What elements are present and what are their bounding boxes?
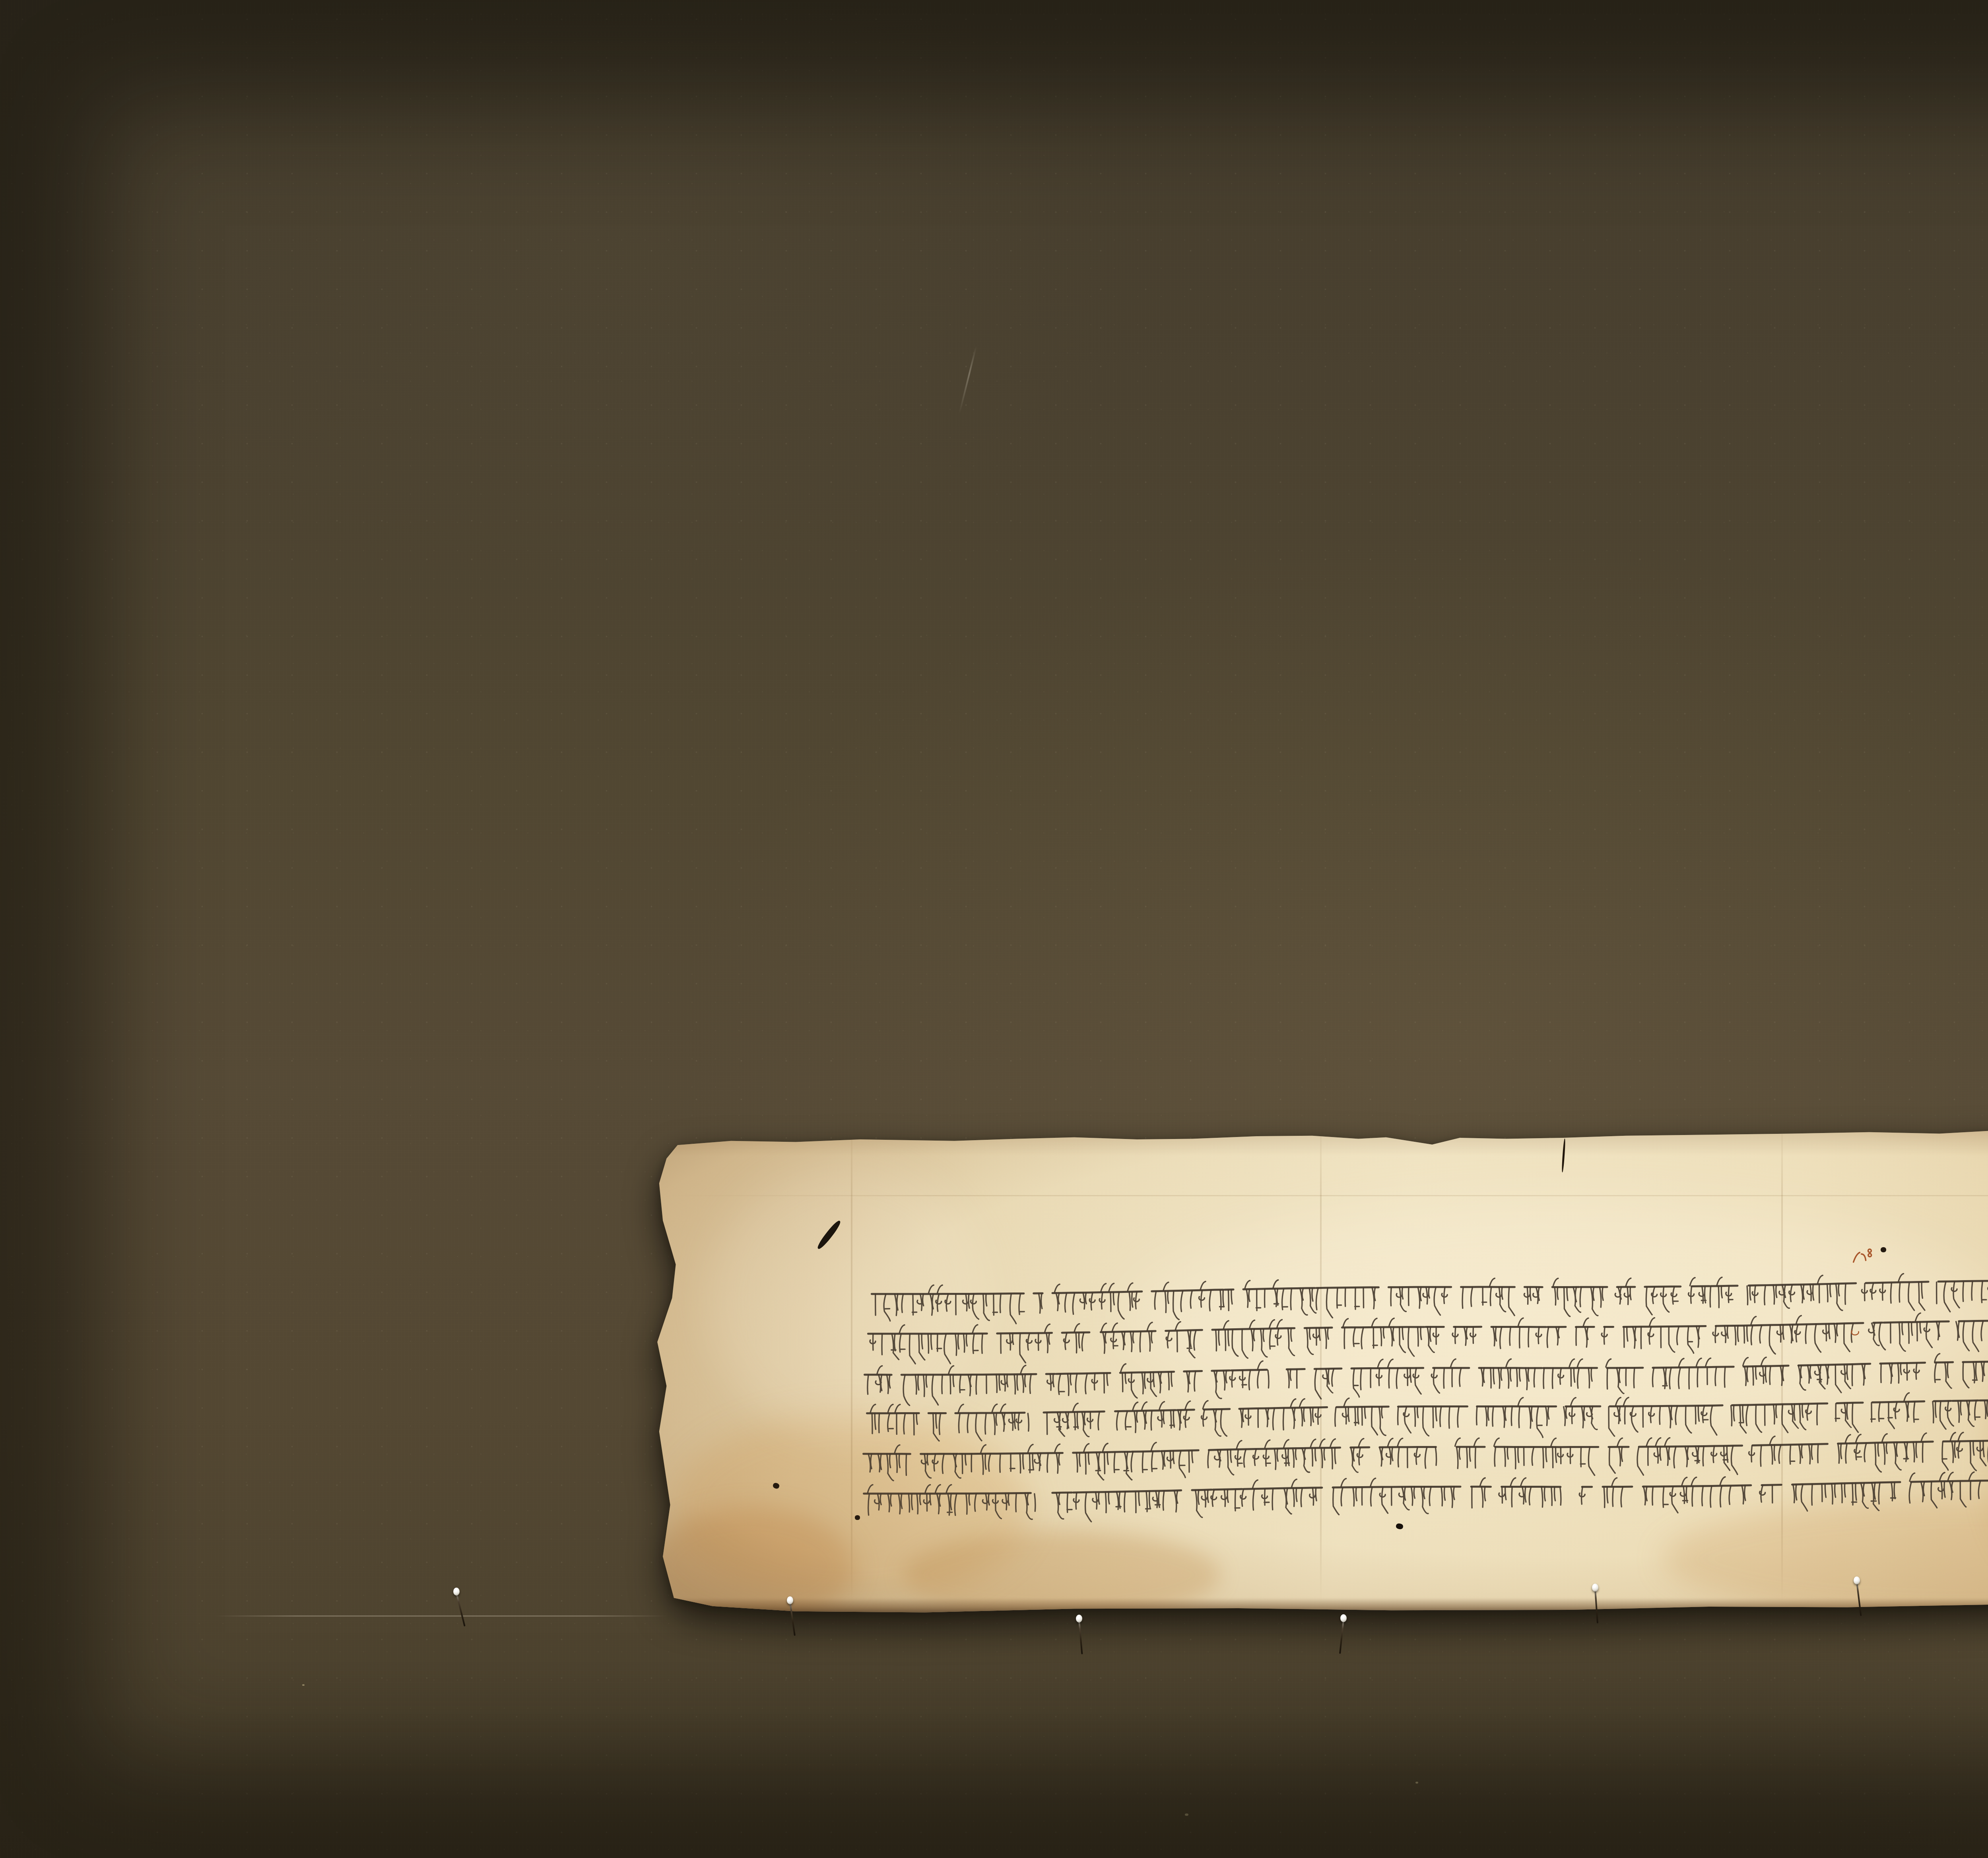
manuscript-line xyxy=(867,1389,1988,1445)
glyph-strokes xyxy=(870,1309,1988,1364)
ink-blot xyxy=(772,1482,780,1490)
glyph-strokes xyxy=(868,1469,1988,1524)
manuscript-text xyxy=(861,1233,1988,1550)
manuscript-line xyxy=(872,1269,1988,1325)
paper-burnt-top-edge xyxy=(648,1102,1988,1155)
paper-crease xyxy=(851,1112,852,1603)
glyph-strokes xyxy=(868,1429,1988,1483)
manuscript-line xyxy=(868,1309,1988,1364)
pin-head xyxy=(1592,1584,1598,1592)
glyph-strokes xyxy=(870,1389,1988,1444)
glyph-strokes xyxy=(867,1350,1988,1406)
thread xyxy=(215,1615,668,1617)
manuscript-line xyxy=(864,1469,1988,1524)
glyph-strokes xyxy=(875,1269,1988,1325)
ink-blot xyxy=(816,1219,843,1250)
pin-head xyxy=(453,1588,460,1596)
red-correction-mark xyxy=(1852,1330,1859,1335)
paper-crease xyxy=(666,1195,1988,1196)
pin-head xyxy=(1340,1614,1347,1622)
matra-headstroke xyxy=(867,1397,1988,1415)
lint-speck xyxy=(1415,1782,1418,1784)
manuscript-paper xyxy=(648,1102,1988,1619)
ink-blot xyxy=(1881,1247,1886,1252)
pin-head xyxy=(1854,1576,1860,1584)
photo-of-manuscript: জাপতির্ষ্বষীরাচনা হ গ্রির্জবতা মমাবর্হনে… xyxy=(0,0,1988,1858)
pin-head xyxy=(787,1596,793,1604)
paper-burnt-bottom-edge xyxy=(648,1598,1988,1619)
pin-head xyxy=(1076,1615,1082,1623)
matra-headstroke xyxy=(872,1278,1988,1295)
manuscript-line xyxy=(863,1429,1988,1483)
ink-blot xyxy=(855,1515,860,1520)
manuscript-paper-wrap xyxy=(648,1102,1988,1619)
matra-headstroke xyxy=(864,1478,1988,1495)
manuscript-line xyxy=(864,1350,1988,1406)
red-correction-mark xyxy=(1853,1249,1872,1262)
